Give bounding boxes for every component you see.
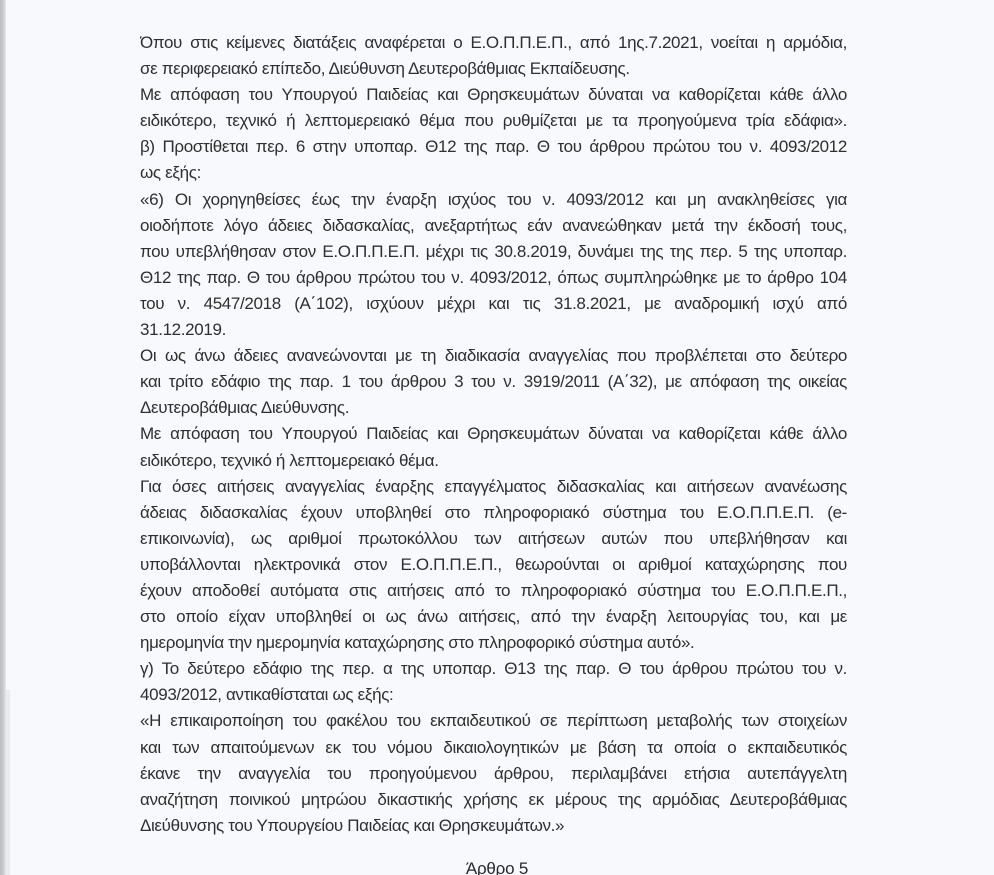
text-line: άδειας διδασκαλίας έχουν υποβληθεί στο π… (140, 500, 847, 526)
text-line: Οι ως άνω άδειες ανανεώνονται με τη διαδ… (140, 343, 847, 369)
text-line: γ) Το δεύτερο εδάφιο της περ. α της υποπ… (140, 656, 847, 682)
text-line: ημερομηνία την ημερομηνία καταχώρησης στ… (140, 630, 847, 656)
text-line: Για όσες αιτήσεις αναγγελίας έναρξης επα… (140, 474, 847, 500)
text-line: στο οποίο είχαν υποβληθεί οι ως άνω αιτή… (140, 604, 847, 630)
text-line: 4093/2012, αντικαθίσταται ως εξής: (140, 682, 847, 708)
text-line: του ν. 4547/2018 (Α΄102), ισχύουν μέχρι … (140, 291, 847, 317)
text-line: Θ12 της παρ. Θ του άρθρου πρώτου του ν. … (140, 265, 847, 291)
text-line: ειδικότερο, τεχνικό ή λεπτομερειακό θέμα… (140, 448, 847, 474)
text-line: «6) Οι χορηγηθείσες έως την έναρξη ισχύο… (140, 187, 847, 213)
text-line: σε περιφερειακό επίπεδο, Διεύθυνση Δευτε… (140, 56, 847, 82)
text-line: 31.12.2019. (140, 317, 847, 343)
text-line: αναζήτηση ποινικού μητρώου δικαστικής χρ… (140, 787, 847, 813)
text-line: έχουν αποδοθεί αυτόματα στις αιτήσεις απ… (140, 578, 847, 604)
article-heading: Άρθρο 5 (0, 859, 994, 875)
text-line: Με απόφαση του Υπουργού Παιδείας και Θρη… (140, 82, 847, 108)
scan-page-edge-shadow (6, 690, 10, 875)
text-line: β) Προστίθεται περ. 6 στην υποπαρ. Θ12 τ… (140, 134, 847, 160)
text-line: Δευτεροβάθμιας Διεύθυνσης. (140, 395, 847, 421)
document-body: Όπου στις κείμενες διατάξεις αναφέρεται … (140, 30, 847, 839)
text-line: υποβάλλονται ηλεκτρονικά στον Ε.Ο.Π.Π.Ε.… (140, 552, 847, 578)
text-line: επικοινωνία), ως αριθμοί πρωτοκόλλου των… (140, 526, 847, 552)
text-line: «Η επικαιροποίηση του φακέλου του εκπαιδ… (140, 708, 847, 734)
text-line: έκανε την αναγγελία του προηγούμενου άρθ… (140, 761, 847, 787)
text-line: Με απόφαση του Υπουργού Παιδείας και Θρη… (140, 421, 847, 447)
text-line: και των απαιτούμενων εκ του νόμου δικαιο… (140, 735, 847, 761)
text-line: ως εξής: (140, 160, 847, 186)
text-line: οιοδήποτε λόγο άδειες διδασκαλίας, ανεξα… (140, 213, 847, 239)
text-line: Διεύθυνσης του Υπουργείου Παιδείας και Θ… (140, 813, 847, 839)
text-line: που υπεβλήθησαν στον Ε.Ο.Π.Π.Ε.Π. μέχρι … (140, 239, 847, 265)
text-line: ειδικότερο, τεχνικό ή λεπτομερειακό θέμα… (140, 108, 847, 134)
text-line: Όπου στις κείμενες διατάξεις αναφέρεται … (140, 30, 847, 56)
text-line: και τρίτο εδάφιο της παρ. 1 του άρθρου 3… (140, 369, 847, 395)
